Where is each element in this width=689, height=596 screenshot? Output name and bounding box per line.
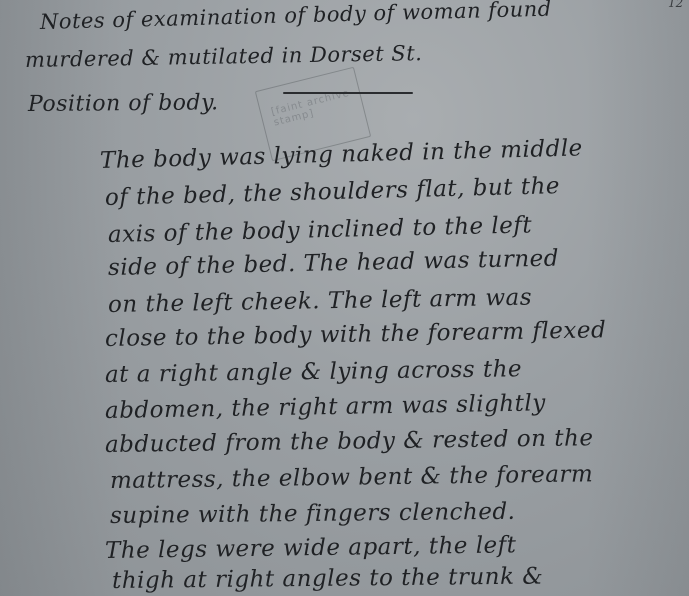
body-line-8: abdomen, the right arm was slightly <box>105 390 546 424</box>
page-number: 12 <box>668 0 683 10</box>
heading-line-1: Notes of examination of body of woman fo… <box>40 0 552 34</box>
body-line-6: close to the body with the forearm flexe… <box>105 317 607 352</box>
heading-line-2: murdered & mutilated in Dorset St. <box>25 41 423 72</box>
body-line-7: at a right angle & lying across the <box>105 356 522 388</box>
heading-underline <box>283 92 413 94</box>
body-line-10: mattress, the elbow bent & the forearm <box>110 461 594 494</box>
body-line-12: The legs were wide apart, the left <box>105 532 517 564</box>
body-line-9: abducted from the body & rested on the <box>105 425 594 458</box>
body-line-3: axis of the body inclined to the left <box>108 212 533 248</box>
body-line-1: The body was lying naked in the middle <box>100 135 583 174</box>
body-line-13: thigh at right angles to the trunk & <box>112 563 544 594</box>
subheading-position-of-body: Position of body. <box>28 90 219 117</box>
manuscript-page: 12 [faint archive stamp] Notes of examin… <box>0 0 689 596</box>
body-line-4: side of the bed. The head was turned <box>108 246 560 281</box>
body-line-11: supine with the fingers clenched. <box>110 499 516 529</box>
body-line-5: on the left cheek. The left arm was <box>108 285 532 318</box>
body-line-2: of the bed, the shoulders flat, but the <box>105 173 561 211</box>
